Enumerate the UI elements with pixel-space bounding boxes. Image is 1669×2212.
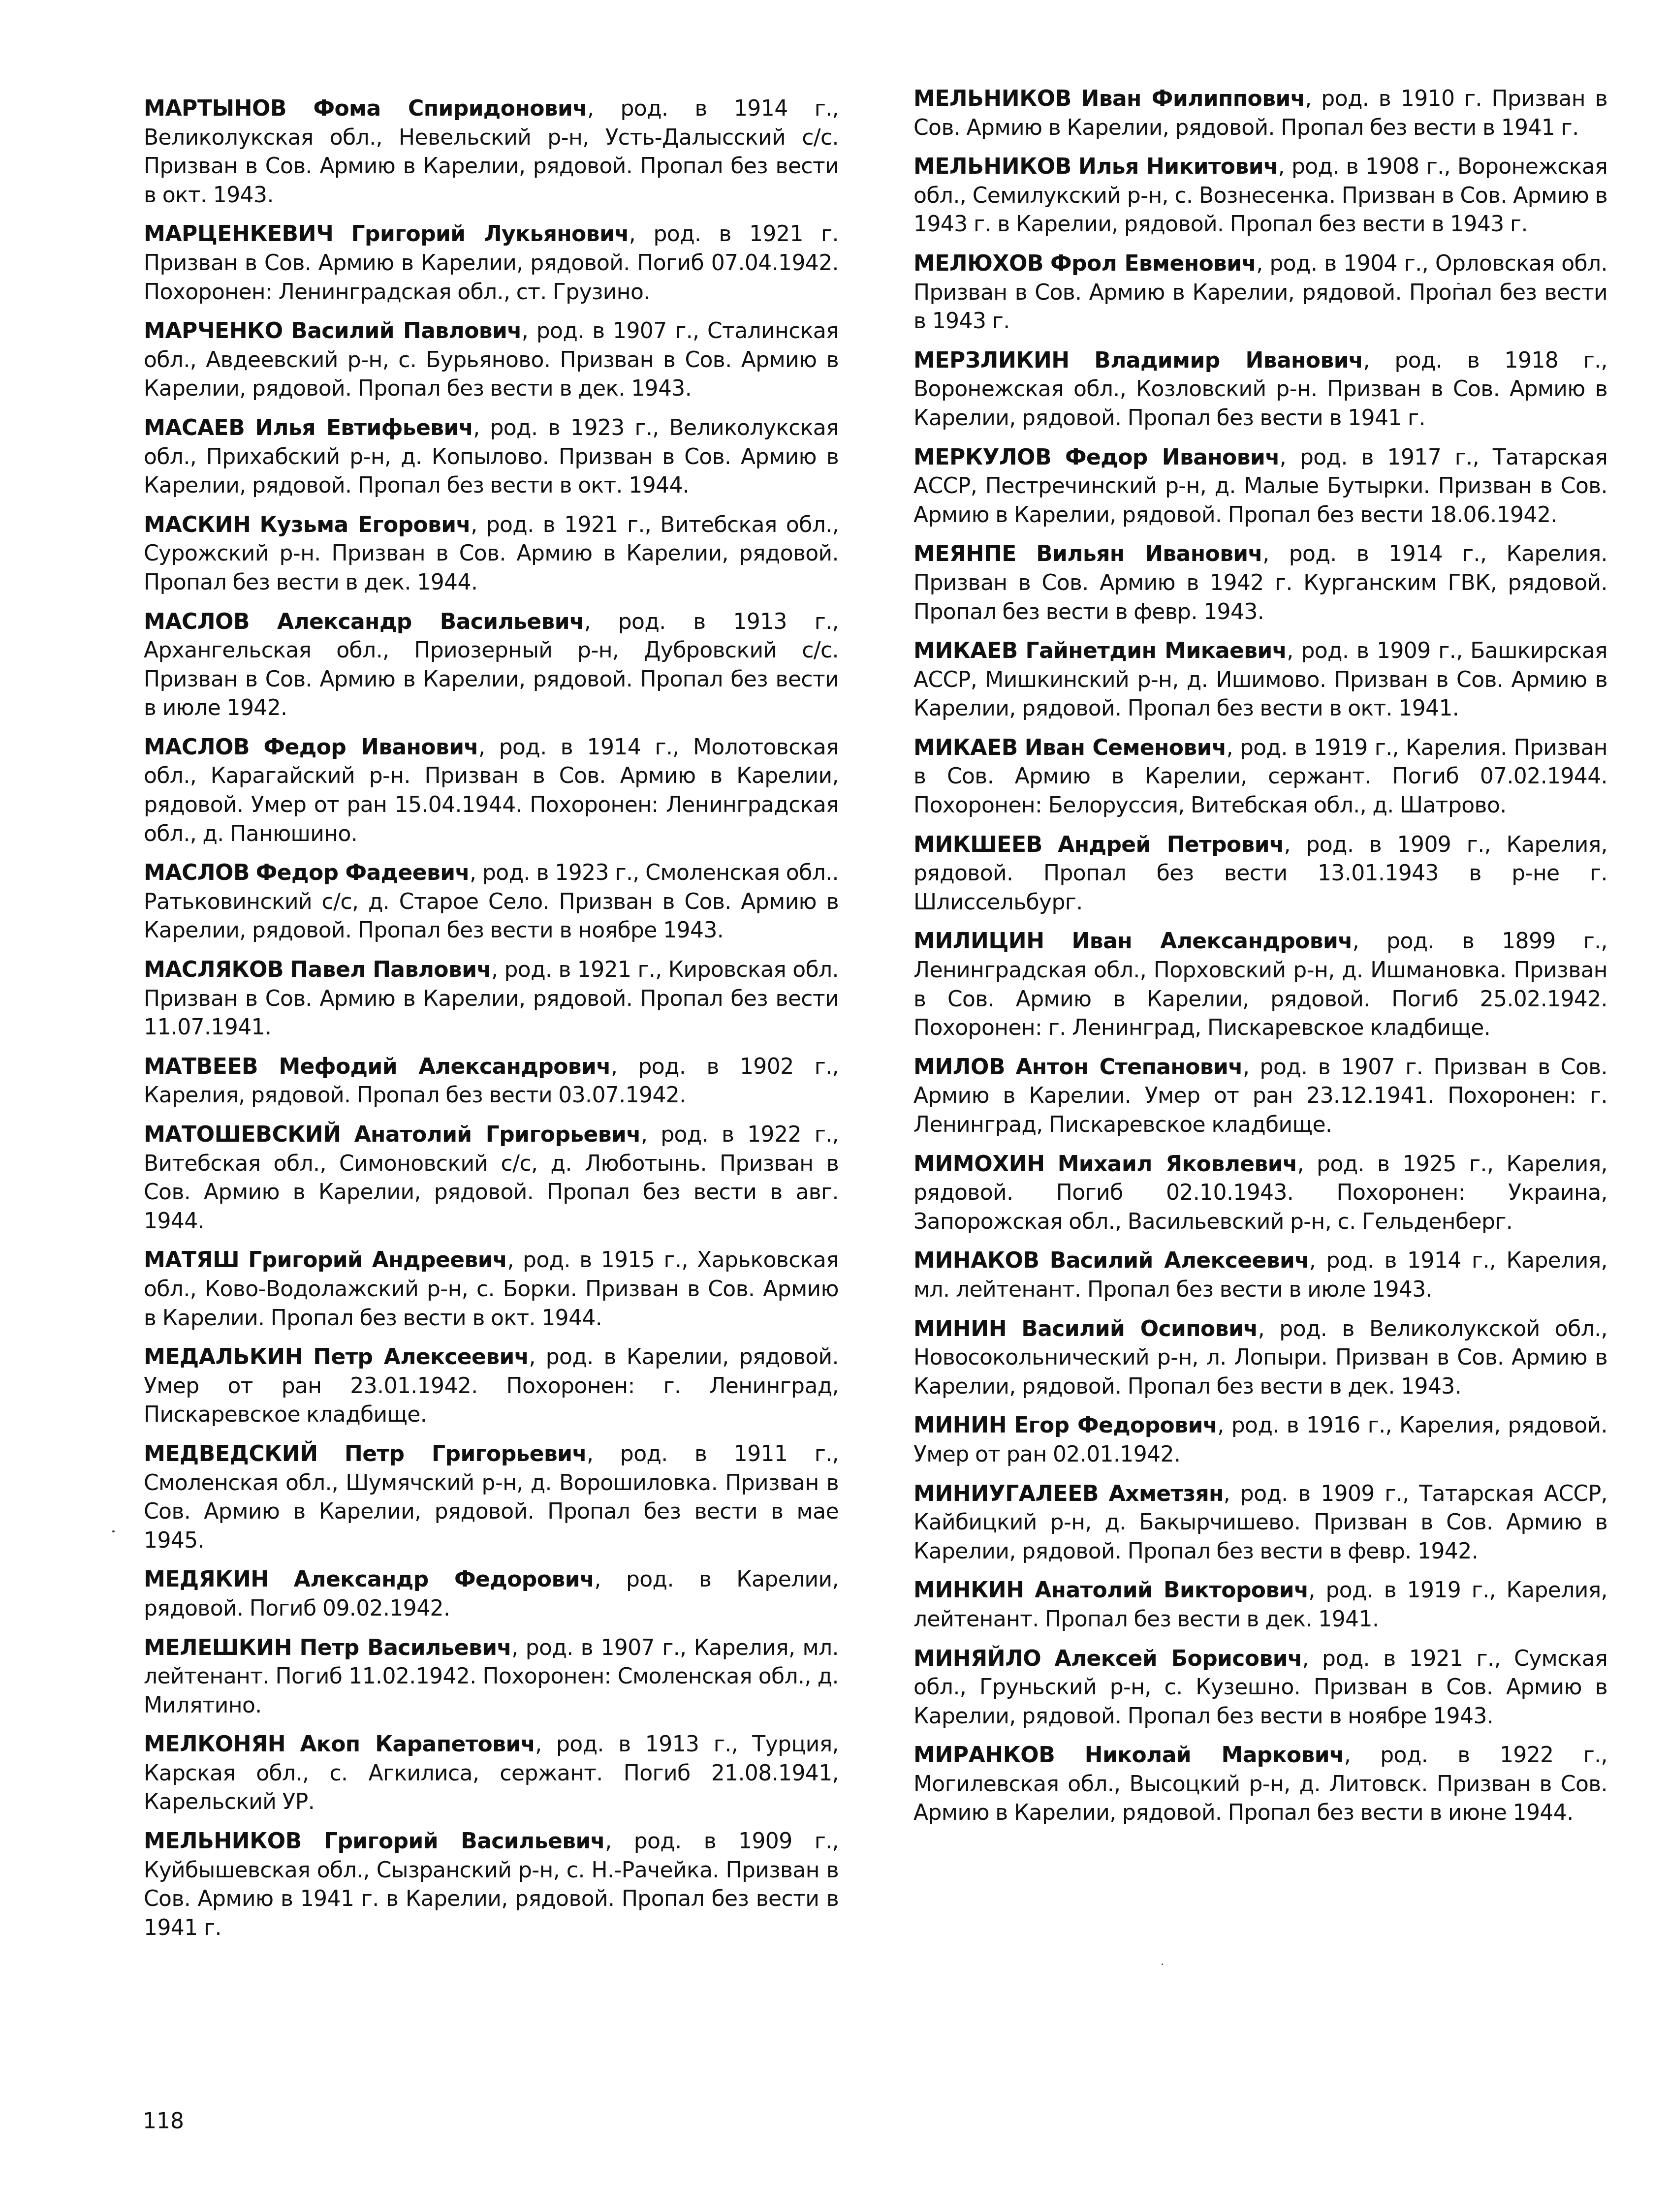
entry-surname: МИЛОВ (913, 1055, 1005, 1080)
entry: МЕЛЬНИКОВ Иван Филиппович, род. в 1910 г… (913, 85, 1607, 142)
entry: МЕЛЬНИКОВ Илья Никитович, род. в 1908 г.… (913, 153, 1607, 239)
entry: МИМОХИН Михаил Яковлевич, род. в 1925 г.… (913, 1150, 1607, 1237)
entry: МАРТЫНОВ Фома Спиридонович, род. в 1914 … (144, 94, 839, 210)
entry: МЕДАЛЬКИН Петр Алексеевич, род. в Карели… (144, 1343, 839, 1430)
entry: МИНЯЙЛО Алексей Борисович, род. в 1921 г… (913, 1645, 1607, 1731)
entry-given-name: Петр Алексеевич (313, 1344, 529, 1370)
entry: МАСЛОВ Федор Иванович, род. в 1914 г., М… (144, 733, 839, 848)
entry-given-name: Фома Спиридонович (313, 96, 587, 121)
entry-surname: МАТЯШ (144, 1247, 239, 1273)
entry-given-name: Василий Алексеевич (1050, 1248, 1309, 1273)
entry-given-name: Александр Федорович (294, 1567, 595, 1592)
entry: МАТОШЕВСКИЙ Анатолий Григорьевич, род. в… (144, 1121, 839, 1236)
scan-speck (112, 1530, 115, 1532)
entry-given-name: Александр Васильевич (277, 609, 584, 634)
entry: МИЛОВ Антон Степанович, род. в 1907 г. П… (913, 1053, 1607, 1140)
entry-surname: МЕДЯКИН (144, 1567, 269, 1592)
scan-speck (1162, 1963, 1163, 1965)
entry-surname: МЕЛЮХОВ (913, 251, 1043, 276)
entry-surname: МИКАЕВ (913, 735, 1018, 760)
entry: МЕЛКОНЯН Акоп Карапетович, род. в 1913 г… (144, 1730, 839, 1817)
entry-surname: МЕРЗЛИКИН (913, 348, 1070, 373)
entry-given-name: Иван Александрович (1072, 929, 1353, 954)
entry-given-name: Фрол Евменович (1050, 251, 1256, 276)
entry: МЕЛЕШКИН Петр Васильевич, род. в 1907 г.… (144, 1634, 839, 1720)
entry: МИЛИЦИН Иван Александрович, род. в 1899 … (913, 927, 1607, 1042)
entry: МЕЛЬНИКОВ Григорий Васильевич, род. в 19… (144, 1827, 839, 1942)
entry-surname: МАРЦЕНКЕВИЧ (144, 221, 333, 247)
entry-given-name: Анатолий Григорьевич (354, 1122, 641, 1147)
entry-surname: МИНИН (913, 1413, 1007, 1438)
entry-surname: МАСЛОВ (144, 609, 250, 634)
entry: МЕРЗЛИКИН Владимир Иванович, род. в 1918… (913, 346, 1607, 433)
entry-surname: МЕЛЬНИКОВ (913, 86, 1071, 111)
entry-surname: МИМОХИН (913, 1152, 1045, 1177)
entry-given-name: Григорий Лукьянович (351, 221, 629, 247)
entry-given-name: Андрей Петрович (1058, 832, 1284, 857)
entry-surname: МАСЛОВ (144, 860, 250, 885)
entry: МЕДЯКИН Александр Федорович, род. в Каре… (144, 1565, 839, 1623)
entry-given-name: Илья Никитович (1078, 154, 1278, 179)
entry: МЕДВЕДСКИЙ Петр Григорьевич, род. в 1911… (144, 1440, 839, 1555)
entry: МИНКИН Анатолий Викторович, род. в 1919 … (913, 1576, 1607, 1634)
entry-given-name: Илья Евтифьевич (255, 415, 473, 440)
entry: МАРЧЕНКО Василий Павлович, род. в 1907 г… (144, 317, 839, 404)
entry-surname: МАСЛЯКОВ (144, 957, 283, 982)
entry-surname: МАСКИН (144, 512, 251, 537)
entry-surname: МАСАЕВ (144, 415, 245, 440)
entry-given-name: Ахметзян (1109, 1481, 1224, 1506)
entry: МАТВЕЕВ Мефодий Александрович, род. в 19… (144, 1053, 839, 1110)
entry: МАТЯШ Григорий Андреевич, род. в 1915 г.… (144, 1246, 839, 1333)
entry-given-name: Иван Филиппович (1081, 86, 1305, 111)
entry-surname: МЕЛЬНИКОВ (913, 154, 1071, 179)
entry-given-name: Николай Маркович (1085, 1743, 1344, 1768)
entry-given-name: Акоп Карапетович (300, 1732, 535, 1757)
entry-surname: МИНЯЙЛО (913, 1646, 1041, 1671)
entry-details: , род. в 1919 г., Карелия. Призван в Сов… (913, 735, 1607, 818)
entry: МАСЛОВ Александр Васильевич, род. в 1913… (144, 608, 839, 723)
entry-surname: МИНКИН (913, 1578, 1024, 1603)
entry-surname: МЕЛКОНЯН (144, 1732, 285, 1757)
entry: МИКАЕВ Иван Семенович, род. в 1919 г., К… (913, 734, 1607, 820)
entry-details: , род. в Великолукской обл., Новосокольн… (913, 1316, 1607, 1399)
entry-surname: МИКАЕВ (913, 638, 1018, 663)
entry-surname: МИРАНКОВ (913, 1743, 1055, 1768)
entry-given-name: Петр Васильевич (299, 1635, 511, 1660)
entry: МАСЛОВ Федор Фадеевич, род. в 1923 г., С… (144, 859, 839, 945)
entry-surname: МИКШЕЕВ (913, 832, 1042, 857)
entry-given-name: Кузьма Егорович (260, 512, 471, 537)
entry-surname: МАСЛОВ (144, 735, 250, 760)
left-column: МАРТЫНОВ Фома Спиридонович, род. в 1914 … (144, 94, 839, 1953)
entry-given-name: Алексей Борисович (1055, 1646, 1302, 1671)
scan-speck (1457, 283, 1460, 284)
entry-surname: МЕЯНПЕ (913, 541, 1016, 566)
entry-given-name: Федор Фадеевич (256, 860, 470, 885)
entry-given-name: Анатолий Викторович (1035, 1578, 1308, 1603)
entry-surname: МАРЧЕНКО (144, 318, 283, 343)
entry-given-name: Василий Осипович (1021, 1316, 1258, 1341)
entry-surname: МЕЛЕШКИН (144, 1635, 292, 1660)
entry-given-name: Мефодий Александрович (279, 1054, 611, 1079)
entry-given-name: Василий Павлович (291, 318, 522, 343)
entry: МИРАНКОВ Николай Маркович, род. в 1922 г… (913, 1741, 1607, 1828)
right-column: МЕЛЬНИКОВ Иван Филиппович, род. в 1910 г… (913, 85, 1607, 1838)
entry: МИКАЕВ Гайнетдин Микаевич, род. в 1909 г… (913, 637, 1607, 723)
entry-given-name: Владимир Иванович (1094, 348, 1363, 373)
entry: МИНИУГАЛЕЕВ Ахметзян, род. в 1909 г., Та… (913, 1480, 1607, 1566)
entry-surname: МЕЛЬНИКОВ (144, 1829, 302, 1854)
entry-surname: МЕРКУЛОВ (913, 445, 1051, 470)
entry-given-name: Егор Федорович (1014, 1413, 1217, 1438)
entry: МИНАКОВ Василий Алексеевич, род. в 1914 … (913, 1246, 1607, 1304)
entry-given-name: Павел Павлович (290, 957, 491, 982)
entry-given-name: Григорий Васильевич (324, 1829, 605, 1854)
book-page: МАРТЫНОВ Фома Спиридонович, род. в 1914 … (0, 0, 1669, 2212)
entry-surname: МИНИН (913, 1316, 1007, 1341)
entry-surname: МИЛИЦИН (913, 929, 1044, 954)
entry-surname: МИНИУГАЛЕЕВ (913, 1481, 1099, 1506)
entry-surname: МЕДАЛЬКИН (144, 1344, 303, 1370)
entry-surname: МАРТЫНОВ (144, 96, 286, 121)
page-number: 118 (143, 2107, 184, 2136)
entry-given-name: Федор Иванович (264, 735, 478, 760)
entry: МИКШЕЕВ Андрей Петрович, род. в 1909 г.,… (913, 831, 1607, 917)
entry-surname: МАТВЕЕВ (144, 1054, 258, 1079)
entry: МЕЛЮХОВ Фрол Евменович, род. в 1904 г., … (913, 249, 1607, 336)
entry: МАСЛЯКОВ Павел Павлович, род. в 1921 г.,… (144, 956, 839, 1042)
entry: МЕЯНПЕ Вильян Иванович, род. в 1914 г., … (913, 540, 1607, 626)
entry-given-name: Антон Степанович (1015, 1055, 1242, 1080)
entry: МАСКИН Кузьма Егорович, род. в 1921 г., … (144, 511, 839, 597)
entry-given-name: Михаил Яковлевич (1058, 1152, 1297, 1177)
entry: МИНИН Василий Осипович, род. в Великолук… (913, 1315, 1607, 1402)
entry-given-name: Петр Григорьевич (345, 1441, 587, 1466)
entry-given-name: Вильян Иванович (1036, 541, 1262, 566)
entry-given-name: Федор Иванович (1065, 445, 1280, 470)
entry-surname: МАТОШЕВСКИЙ (144, 1122, 341, 1147)
entry: МИНИН Егор Федорович, род. в 1916 г., Ка… (913, 1411, 1607, 1469)
entry: МЕРКУЛОВ Федор Иванович, род. в 1917 г.,… (913, 443, 1607, 530)
entry-given-name: Иван Семенович (1025, 735, 1227, 760)
entry: МАСАЕВ Илья Евтифьевич, род. в 1923 г., … (144, 414, 839, 500)
entry-given-name: Григорий Андреевич (248, 1247, 507, 1273)
entry-surname: МИНАКОВ (913, 1248, 1039, 1273)
entry: МАРЦЕНКЕВИЧ Григорий Лукьянович, род. в … (144, 220, 839, 307)
entry-surname: МЕДВЕДСКИЙ (144, 1441, 318, 1466)
entry-details: , род. в 1923 г., Великолукская обл., Пр… (144, 415, 839, 498)
entry-given-name: Гайнетдин Микаевич (1026, 638, 1287, 663)
